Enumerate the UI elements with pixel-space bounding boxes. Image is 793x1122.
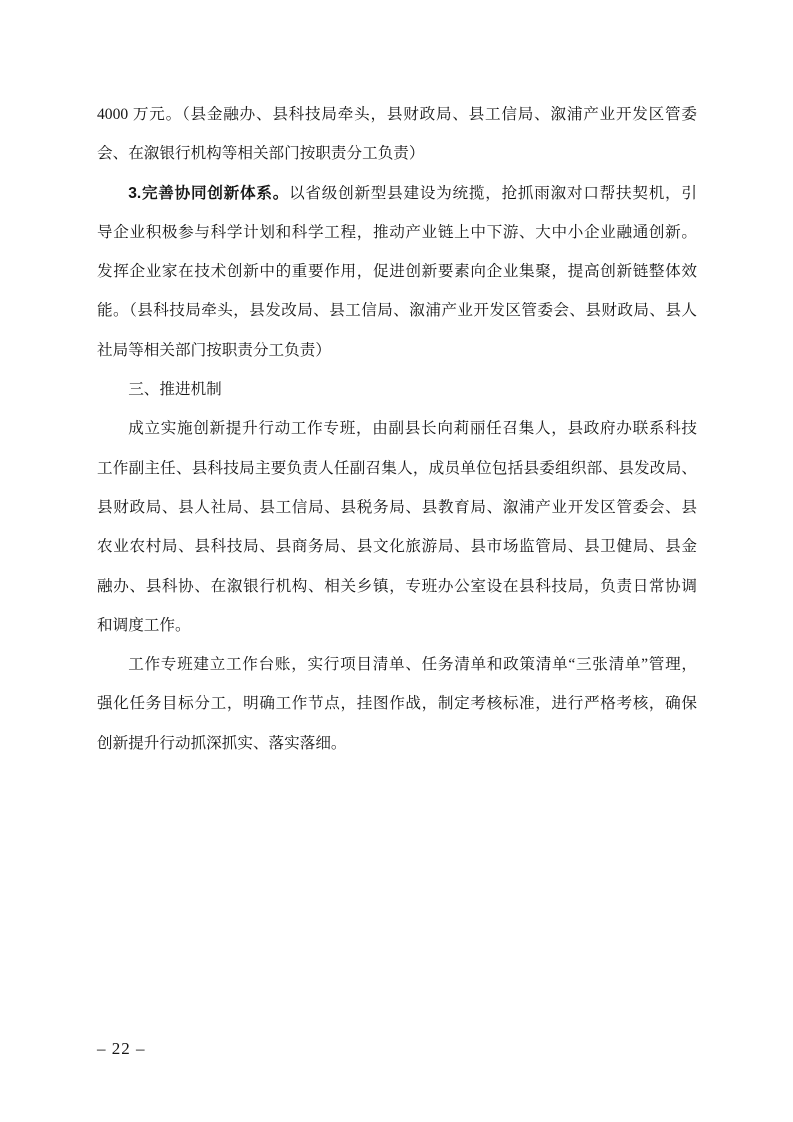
document-line: 发挥企业家在技术创新中的重要作用，促进创新要素向企业集聚，提高创新链整体效 (97, 252, 697, 291)
document-line: 农业农村局、县科技局、县商务局、县文化旅游局、县市场监管局、县卫健局、县金 (97, 527, 697, 566)
document-line: 4000 万元。（县金融办、县科技局牵头，县财政局、县工信局、溆浦产业开发区管委 (97, 95, 697, 134)
document-line: 会、在溆银行机构等相关部门按职责分工负责） (97, 134, 697, 173)
document-line: 3.完善协同创新体系。以省级创新型县建设为统揽，抢抓雨溆对口帮扶契机，引 (97, 174, 697, 213)
paragraph-three-lists-management: 工作专班建立工作台账，实行项目清单、任务清单和政策清单“三张清单”管理， 强化任… (97, 645, 697, 763)
page-content: 4000 万元。（县金融办、县科技局牵头，县财政局、县工信局、溆浦产业开发区管委… (97, 95, 697, 763)
lead-rest-text: 以省级创新型县建设为统揽，抢抓雨溆对口帮扶契机，引 (289, 185, 697, 202)
document-page: 4000 万元。（县金融办、县科技局牵头，县财政局、县工信局、溆浦产业开发区管委… (0, 0, 793, 1122)
page-number: – 22 – (97, 1039, 146, 1059)
section-heading-promotion-mechanism: 三、推进机制 (97, 370, 697, 409)
document-line: 工作专班建立工作台账，实行项目清单、任务清单和政策清单“三张清单”管理， (97, 645, 697, 684)
document-line: 成立实施创新提升行动工作专班，由副县长向莉丽任召集人，县政府办联系科技 (97, 409, 697, 448)
document-line: 工作副主任、县科技局主要负责人任副召集人，成员单位包括县委组织部、县发改局、 (97, 449, 697, 488)
document-line: 和调度工作。 (97, 606, 697, 645)
section-heading: 三、推进机制 (97, 370, 697, 409)
document-line: 强化任务目标分工，明确工作节点，挂图作战，制定考核标准，进行严格考核，确保 (97, 684, 697, 723)
document-line: 社局等相关部门按职责分工负责） (97, 331, 697, 370)
document-line: 能。（县科技局牵头，县发改局、县工信局、溆浦产业开发区管委会、县财政局、县人 (97, 291, 697, 330)
bold-lead-text: 3.完善协同创新体系。 (128, 185, 289, 202)
document-line: 创新提升行动抓深抓实、落实落细。 (97, 724, 697, 763)
document-line: 融办、县科协、在溆银行机构、相关乡镇，专班办公室设在县科技局，负责日常协调 (97, 567, 697, 606)
document-line: 导企业积极参与科学计划和科学工程，推动产业链上中下游、大中小企业融通创新。 (97, 213, 697, 252)
paragraph-funding-note: 4000 万元。（县金融办、县科技局牵头，县财政局、县工信局、溆浦产业开发区管委… (97, 95, 697, 174)
document-line: 县财政局、县人社局、县工信局、县税务局、县教育局、溆浦产业开发区管委会、县 (97, 488, 697, 527)
paragraph-work-taskforce: 成立实施创新提升行动工作专班，由副县长向莉丽任召集人，县政府办联系科技 工作副主… (97, 409, 697, 645)
paragraph-collaborative-innovation-system: 3.完善协同创新体系。以省级创新型县建设为统揽，抢抓雨溆对口帮扶契机，引 导企业… (97, 174, 697, 370)
